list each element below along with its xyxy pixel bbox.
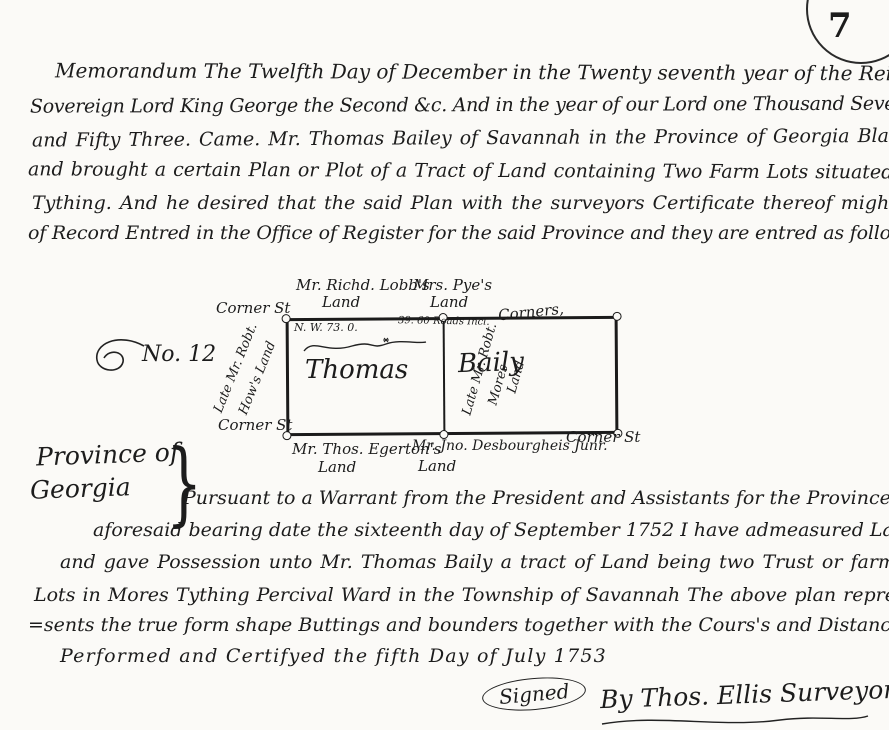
document-page: 7 Memorandum The Twelfth Day of December…	[0, 0, 889, 730]
certificate-line-6: Performed and Certifyed the fifth Day of…	[60, 645, 607, 667]
surveyor-signature: By Thos. Ellis Surveyor	[600, 674, 889, 713]
neighbor-south-right-name: Mr. Jno. Desbourgheis Junr.	[412, 438, 608, 454]
flourish-icon	[300, 336, 430, 356]
memorandum-line-3: and Fifty Three. Came. Mr. Thomas Bailey…	[32, 125, 889, 152]
plat-owner-first-name: Thomas	[305, 355, 408, 385]
memorandum-line-2: Sovereign Lord King George the Second &c…	[30, 92, 889, 117]
measurement-north-east: 39. 60 Roads Incl.	[398, 315, 490, 328]
flourish-icon	[90, 336, 146, 378]
signature-flourish-icon	[600, 712, 870, 730]
memorandum-line-4: and brought a certain Plan or Plot of a …	[28, 158, 889, 183]
certificate-line-1: Pursuant to a Warrant from the President…	[183, 487, 889, 509]
plat-corner-bottom-left: Corner St	[218, 416, 292, 434]
province-label-line-1: Province of	[36, 438, 180, 472]
signature-row: Signed By Thos. Ellis Surveyor	[482, 678, 889, 710]
neighbor-north-right-land: Land	[430, 293, 468, 311]
certificate-line-5: =sents the true form shape Buttings and …	[28, 614, 889, 636]
neighbor-north-right-name: Mrs. Pye's	[413, 276, 492, 294]
plat-divider-line	[443, 320, 446, 432]
neighbor-north-left-land: Land	[322, 293, 360, 311]
neighbor-south-right-land: Land	[418, 457, 456, 475]
neighbor-north-left-name: Mr. Richd. Lobb's	[296, 276, 430, 294]
memorandum-line-6: of Record Entred in the Office of Regist…	[28, 222, 889, 244]
certificate-line-4: Lots in Mores Tything Percival Ward in t…	[34, 584, 889, 606]
neighbor-south-left-land: Land	[318, 458, 356, 476]
province-label-line-2: Georgia	[30, 472, 132, 504]
corner-stake-dot	[613, 312, 622, 321]
certificate-line-3: and gave Possession unto Mr. Thomas Bail…	[60, 551, 889, 573]
memorandum-line-5: Tything. And he desired that the said Pl…	[32, 192, 889, 214]
plat-number: No. 12	[142, 342, 216, 367]
plat-corner-top-left: Corner St	[216, 299, 290, 317]
signed-oval: Signed	[481, 674, 588, 715]
certificate-line-2: aforesaid bearing date the sixteenth day…	[93, 519, 889, 541]
page-number: 7	[828, 6, 852, 46]
measurement-north-west: N. W. 73. 0.	[294, 321, 358, 334]
memorandum-line-1: Memorandum The Twelfth Day of December i…	[55, 58, 889, 85]
